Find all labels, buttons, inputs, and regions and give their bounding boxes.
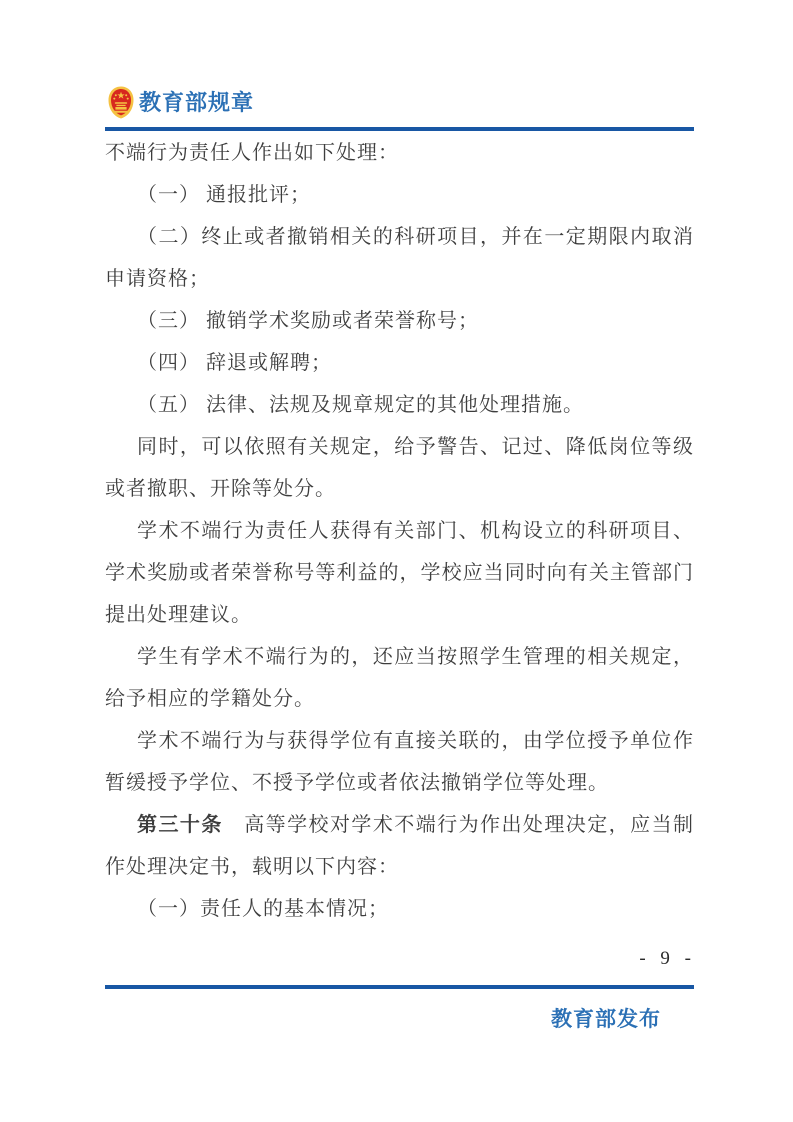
footer-rule (105, 985, 694, 989)
header-title: 教育部规章 (139, 86, 254, 119)
body-line: 提出处理建议。 (105, 594, 694, 636)
publisher-label: 教育部发布 (551, 1003, 661, 1033)
body-line: 学术奖励或者荣誉称号等利益的，学校应当同时向有关主管部门 (105, 552, 694, 594)
body-line: （二）终止或者撤销相关的科研项目，并在一定期限内取消 (105, 216, 694, 258)
article-number-label: 第三十条 (137, 814, 223, 836)
body-line: 或者撤职、开除等处分。 (105, 468, 694, 510)
body-line: 不端行为责任人作出如下处理： (105, 132, 694, 174)
body-line: 学术不端行为责任人获得有关部门、机构设立的科研项目、 (105, 510, 694, 552)
header-rule (105, 127, 694, 131)
body-line: （五） 法律、法规及规章规定的其他处理措施。 (105, 384, 694, 426)
body-line: （四） 辞退或解聘； (105, 342, 694, 384)
body-line: 第三十条 高等学校对学术不端行为作出处理决定，应当制 (105, 804, 694, 846)
page-number: - 9 - (639, 948, 696, 970)
document-header: 教育部规章 (108, 86, 254, 119)
body-line: 学生有学术不端行为的，还应当按照学生管理的相关规定， (105, 636, 694, 678)
document-body: 不端行为责任人作出如下处理：（一） 通报批评；（二）终止或者撤销相关的科研项目，… (105, 132, 694, 930)
body-line: 给予相应的学籍处分。 (105, 678, 694, 720)
national-emblem-icon (108, 86, 134, 119)
body-line: （三） 撤销学术奖励或者荣誉称号； (105, 300, 694, 342)
body-line: （一）责任人的基本情况； (105, 888, 694, 930)
body-line: 学术不端行为与获得学位有直接关联的，由学位授予单位作 (105, 720, 694, 762)
body-line: 同时，可以依照有关规定，给予警告、记过、降低岗位等级 (105, 426, 694, 468)
body-line: （一） 通报批评； (105, 174, 694, 216)
body-line: 作处理决定书，载明以下内容： (105, 846, 694, 888)
body-line: 暂缓授予学位、不授予学位或者依法撤销学位等处理。 (105, 762, 694, 804)
body-line: 申请资格； (105, 258, 694, 300)
document-page: 教育部规章 不端行为责任人作出如下处理：（一） 通报批评；（二）终止或者撤销相关… (0, 0, 793, 1122)
